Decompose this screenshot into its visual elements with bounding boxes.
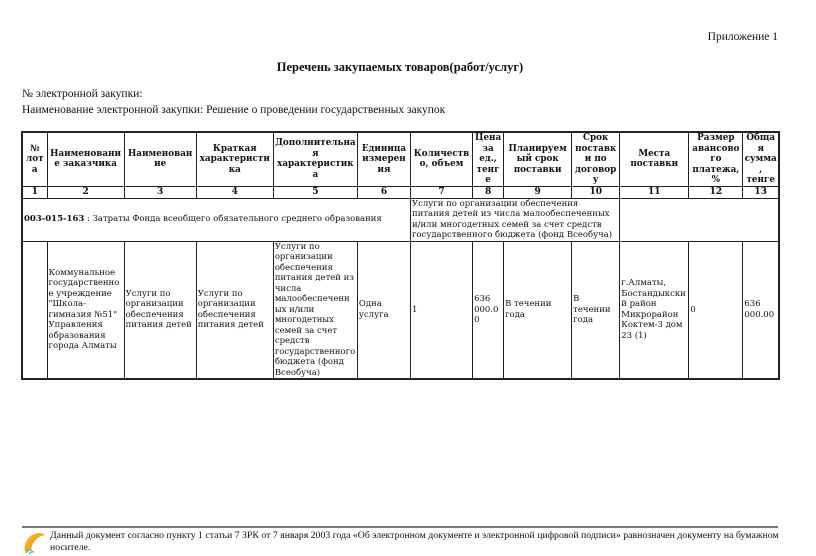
column-number: 4 xyxy=(196,186,273,198)
cell-lot xyxy=(22,241,47,379)
cell-quantity: 1 xyxy=(410,241,472,379)
column-number: 8 xyxy=(473,186,504,198)
column-number: 10 xyxy=(572,186,620,198)
cell-name: Услуги по организации обеспечения питани… xyxy=(124,241,196,379)
budget-section-row: 003-015-163 : Затраты Фонда всеобщего об… xyxy=(22,198,779,241)
column-header-delivery-place: Места поставки xyxy=(620,132,689,186)
budget-section-description: Услуги по организации обеспечения питани… xyxy=(410,198,619,241)
cell-planned-term: В течении года xyxy=(504,241,572,379)
column-header-contract-term: Срок поставки по договору xyxy=(572,132,620,186)
procurement-items-table: № лота Наименование заказчика Наименован… xyxy=(21,131,780,380)
cell-contract-term: В течении года xyxy=(572,241,620,379)
column-number: 12 xyxy=(689,186,743,198)
column-header-planned-term: Планируемый срок поставки xyxy=(504,132,572,186)
column-number: 3 xyxy=(124,186,196,198)
column-header-quantity: Количество, объем xyxy=(410,132,472,186)
column-header-total: Общая сумма, тенге xyxy=(743,132,779,186)
column-header-customer: Наименование заказчика xyxy=(47,132,124,186)
column-number-row: 1 2 3 4 5 6 7 8 9 10 11 12 13 xyxy=(22,186,779,198)
procurement-name-line: Наименование электронной закупки: Решени… xyxy=(22,104,445,116)
column-header-short-desc: Краткая характеристика xyxy=(196,132,273,186)
cell-unit-price: 636 000.00 xyxy=(473,241,504,379)
footer-legal-notice: Данный документ согласно пункту 1 статьи… xyxy=(50,530,790,554)
table-header-row: № лота Наименование заказчика Наименован… xyxy=(22,132,779,186)
budget-section-label: 003-015-163 : Затраты Фонда всеобщего об… xyxy=(22,198,410,241)
column-header-name: Наименование xyxy=(124,132,196,186)
e-gov-sun-logo-icon xyxy=(22,530,46,554)
cell-unit: Одна услуга xyxy=(357,241,410,379)
document-title: Перечень закупаемых товаров(работ/услуг) xyxy=(0,60,800,75)
column-number: 13 xyxy=(743,186,779,198)
column-header-lot: № лота xyxy=(22,132,47,186)
cell-short-desc: Услуги по организации обеспечения питани… xyxy=(196,241,273,379)
table-row: Коммунальное государственное учреждение … xyxy=(22,241,779,379)
column-number: 6 xyxy=(357,186,410,198)
column-number: 7 xyxy=(410,186,472,198)
procurement-number-label: № электронной закупки: xyxy=(22,88,143,100)
budget-section-code: 003-015-163 xyxy=(24,214,84,224)
cell-delivery-place: г.Алматы, Бостандыкский район Микрорайон… xyxy=(620,241,689,379)
appendix-label: Приложение 1 xyxy=(708,31,778,43)
budget-section-empty xyxy=(620,198,779,241)
column-number: 11 xyxy=(620,186,689,198)
cell-additional-desc: Услуги по организации обеспечения питани… xyxy=(273,241,357,379)
footer-divider xyxy=(22,526,778,528)
budget-section-separator: : xyxy=(84,214,92,224)
cell-total: 636 000.00 xyxy=(743,241,779,379)
cell-customer: Коммунальное государственное учреждение … xyxy=(47,241,124,379)
cell-advance-percent: 0 xyxy=(689,241,743,379)
column-number: 1 xyxy=(22,186,47,198)
column-number: 9 xyxy=(504,186,572,198)
column-header-unit: Единица измерения xyxy=(357,132,410,186)
column-header-advance-percent: Размер авансового платежа, % xyxy=(689,132,743,186)
column-number: 2 xyxy=(47,186,124,198)
column-number: 5 xyxy=(273,186,357,198)
budget-section-name: Затраты Фонда всеобщего обязательного ср… xyxy=(93,214,382,224)
column-header-additional-desc: Дополнительная характеристика xyxy=(273,132,357,186)
column-header-unit-price: Цена за ед., тенге xyxy=(473,132,504,186)
